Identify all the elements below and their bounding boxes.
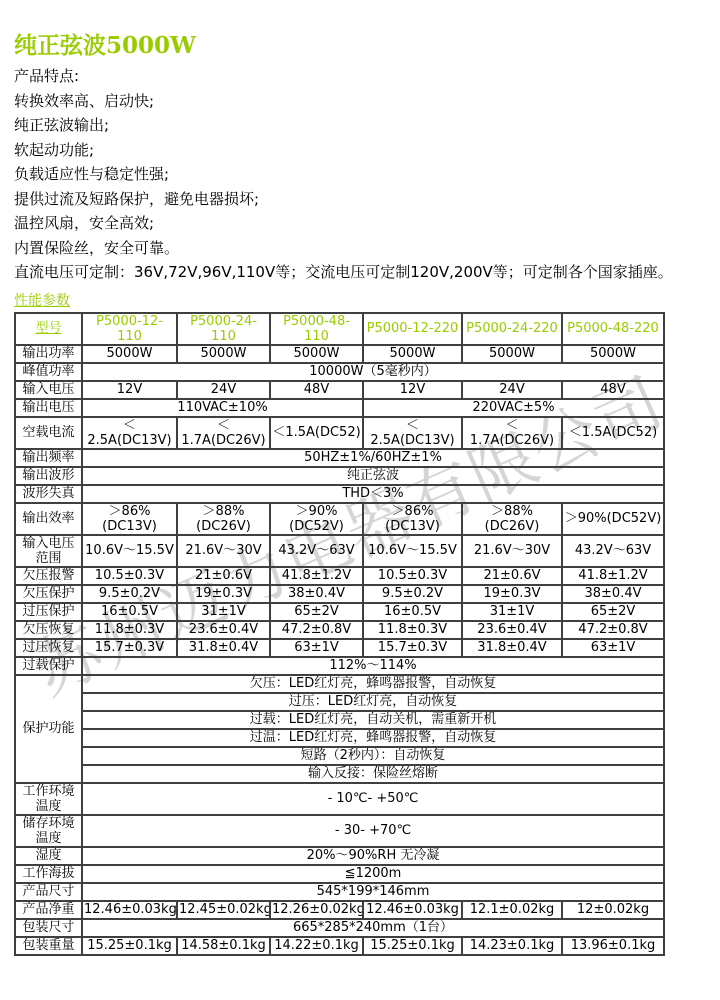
- section-heading: 性能参数: [14, 290, 70, 310]
- spec-cell: 15.7±0.3V: [82, 639, 177, 657]
- spec-cell: 5000W: [363, 345, 462, 363]
- spec-cell: 41.8±1.2V: [562, 567, 664, 585]
- table-row: 输出波形纯正弦波: [15, 467, 664, 485]
- table-row: 过载：LED红灯亮，自动关机，需重新开机: [15, 711, 664, 729]
- model-cell: P5000-48-220: [562, 313, 664, 345]
- table-row: 欠压保护9.5±0.2V19±0.3V38±0.4V9.5±0.2V19±0.3…: [15, 585, 664, 603]
- spec-cell: 12.46±0.03kg: [82, 901, 177, 919]
- spec-cell: 43.2V～63V: [562, 535, 664, 567]
- spec-cell: ＜1.7A(DC26V): [462, 417, 562, 449]
- table-row: 工作海拔≦1200m: [15, 865, 664, 883]
- spec-cell: 110VAC±10%: [82, 399, 363, 417]
- spec-cell: 63±1V: [562, 639, 664, 657]
- spec-cell: ＞86%(DC13V): [363, 503, 462, 535]
- table-row: 输入反接：保险丝熔断: [15, 765, 664, 783]
- table-row: 短路（2秒内）：自动恢复: [15, 747, 664, 765]
- feature-line: 产品特点:: [14, 64, 720, 89]
- spec-cell: ＜1.5A(DC52): [270, 417, 363, 449]
- row-label: 欠压报警: [15, 567, 82, 585]
- spec-cell: 31±1V: [177, 603, 270, 621]
- spec-cell: 10.5±0.3V: [363, 567, 462, 585]
- row-label: 欠压恢复: [15, 621, 82, 639]
- spec-cell: 10.5±0.3V: [82, 567, 177, 585]
- row-label: 输入电压: [15, 381, 82, 399]
- row-label: 储存环境 温度: [15, 815, 82, 847]
- spec-cell: 23.6±0.4V: [462, 621, 562, 639]
- row-label: 过载保护: [15, 657, 82, 675]
- table-row: 空载电流＜2.5A(DC13V)＜1.7A(DC26V)＜1.5A(DC52)＜…: [15, 417, 664, 449]
- spec-cell: 5000W: [177, 345, 270, 363]
- row-label: 湿度: [15, 847, 82, 865]
- spec-cell: ＞90%(DC52V): [562, 503, 664, 535]
- model-cell: P5000-12-220: [363, 313, 462, 345]
- model-cell: P5000-48-110: [270, 313, 363, 345]
- spec-cell: 31±1V: [462, 603, 562, 621]
- row-label: 输出频率: [15, 449, 82, 467]
- spec-cell: 19±0.3V: [462, 585, 562, 603]
- spec-cell: 665*285*240mm（1台）: [82, 919, 664, 937]
- row-label: 输入电压 范围: [15, 535, 82, 567]
- feature-line: 软起动功能;: [14, 138, 720, 163]
- product-sheet: 纯正弦波5000W 产品特点:转换效率高、启动快;纯正弦波输出;软起动功能;负载…: [0, 0, 720, 956]
- table-row: 过载保护112%～114%: [15, 657, 664, 675]
- model-cell: P5000-24-110: [177, 313, 270, 345]
- table-row: 储存环境 温度- 30- +70℃: [15, 815, 664, 847]
- spec-cell: 38±0.4V: [562, 585, 664, 603]
- spec-cell: ＞90%(DC52V): [270, 503, 363, 535]
- spec-cell: 欠压：LED红灯亮，蜂鸣器报警，自动恢复: [82, 675, 664, 693]
- spec-cell: 16±0.5V: [82, 603, 177, 621]
- table-row: 过压恢复15.7±0.3V31.8±0.4V63±1V15.7±0.3V31.8…: [15, 639, 664, 657]
- spec-cell: ＞86%(DC13V): [82, 503, 177, 535]
- spec-cell: - 30- +70℃: [82, 815, 664, 847]
- table-row: 波形失真THD＜3%: [15, 485, 664, 503]
- spec-cell: 12.26±0.02kg: [270, 901, 363, 919]
- spec-cell: 41.8±1.2V: [270, 567, 363, 585]
- row-label: 波形失真: [15, 485, 82, 503]
- row-label: 空载电流: [15, 417, 82, 449]
- spec-cell: 过压：LED红灯亮，自动恢复: [82, 693, 664, 711]
- feature-line: 直流电压可定制：36V,72V,96V,110V等；交流电压可定制120V,20…: [14, 260, 720, 285]
- spec-cell: 13.96±0.1kg: [562, 937, 664, 955]
- spec-cell: 20%～90%RH 无冷凝: [82, 847, 664, 865]
- spec-cell: 31.8±0.4V: [177, 639, 270, 657]
- table-row: 输入电压12V24V48V12V24V48V: [15, 381, 664, 399]
- row-label: 过压恢复: [15, 639, 82, 657]
- row-label: 工作环境 温度: [15, 783, 82, 815]
- page-title: 纯正弦波5000W: [14, 33, 720, 59]
- spec-cell: 545*199*146mm: [82, 883, 664, 901]
- spec-cell: 11.8±0.3V: [82, 621, 177, 639]
- spec-cell: 220VAC±5%: [363, 399, 664, 417]
- model-label-cell: 型号: [15, 313, 82, 345]
- spec-cell: 14.23±0.1kg: [462, 937, 562, 955]
- spec-cell: 12.46±0.03kg: [363, 901, 462, 919]
- table-row: 产品尺寸545*199*146mm: [15, 883, 664, 901]
- row-label: 输出电压: [15, 399, 82, 417]
- feature-line: 内置保险丝，安全可靠。: [14, 236, 720, 261]
- spec-cell: 11.8±0.3V: [363, 621, 462, 639]
- spec-cell: 5000W: [562, 345, 664, 363]
- spec-cell: 50HZ±1%/60HZ±1%: [82, 449, 664, 467]
- spec-cell: 过温：LED红灯亮，蜂鸣器报警，自动恢复: [82, 729, 664, 747]
- row-label: 产品净重: [15, 901, 82, 919]
- table-row: 输出频率50HZ±1%/60HZ±1%: [15, 449, 664, 467]
- spec-cell: 12V: [363, 381, 462, 399]
- model-cell: P5000-24-220: [462, 313, 562, 345]
- row-label: 产品尺寸: [15, 883, 82, 901]
- spec-cell: 24V: [177, 381, 270, 399]
- spec-cell: ＜2.5A(DC13V): [82, 417, 177, 449]
- spec-cell: 43.2V～63V: [270, 535, 363, 567]
- feature-line: 负载适应性与稳定性强;: [14, 162, 720, 187]
- spec-cell: 21±0.6V: [462, 567, 562, 585]
- spec-cell: ≦1200m: [82, 865, 664, 883]
- table-row: 包装重量15.25±0.1kg14.58±0.1kg14.22±0.1kg15.…: [15, 937, 664, 955]
- spec-cell: ＞88%(DC26V): [462, 503, 562, 535]
- spec-cell: ＜2.5A(DC13V): [363, 417, 462, 449]
- spec-cell: ＞88%(DC26V): [177, 503, 270, 535]
- table-row: 过温：LED红灯亮，蜂鸣器报警，自动恢复: [15, 729, 664, 747]
- row-label: 输出波形: [15, 467, 82, 485]
- spec-cell: ＜1.7A(DC26V): [177, 417, 270, 449]
- spec-cell: 47.2±0.8V: [562, 621, 664, 639]
- spec-cell: 12.1±0.02kg: [462, 901, 562, 919]
- table-row: 湿度20%～90%RH 无冷凝: [15, 847, 664, 865]
- spec-cell: 12V: [82, 381, 177, 399]
- table-row: 输出效率＞86%(DC13V)＞88%(DC26V)＞90%(DC52V)＞86…: [15, 503, 664, 535]
- spec-cell: 15.7±0.3V: [363, 639, 462, 657]
- spec-cell: 14.58±0.1kg: [177, 937, 270, 955]
- row-label: 包装尺寸: [15, 919, 82, 937]
- row-label: 保护功能: [15, 675, 82, 783]
- spec-cell: 47.2±0.8V: [270, 621, 363, 639]
- spec-cell: 10.6V～15.5V: [82, 535, 177, 567]
- spec-cell: 48V: [562, 381, 664, 399]
- spec-cell: 9.5±0.2V: [82, 585, 177, 603]
- table-row: 保护功能欠压：LED红灯亮，蜂鸣器报警，自动恢复: [15, 675, 664, 693]
- table-row: 输出电压110VAC±10%220VAC±5%: [15, 399, 664, 417]
- spec-table: 型号P5000-12-110P5000-24-110P5000-48-110P5…: [14, 312, 665, 956]
- spec-cell: THD＜3%: [82, 485, 664, 503]
- spec-cell: 5000W: [270, 345, 363, 363]
- spec-cell: 63±1V: [270, 639, 363, 657]
- spec-cell: 9.5±0.2V: [363, 585, 462, 603]
- row-label: 输出效率: [15, 503, 82, 535]
- spec-cell: 15.25±0.1kg: [82, 937, 177, 955]
- spec-cell: ＜1.5A(DC52): [562, 417, 664, 449]
- feature-line: 温控风扇，安全高效;: [14, 211, 720, 236]
- spec-cell: 38±0.4V: [270, 585, 363, 603]
- table-row: 峰值功率10000W（5毫秒内）: [15, 363, 664, 381]
- spec-cell: 5000W: [82, 345, 177, 363]
- table-row: 欠压报警10.5±0.3V21±0.6V41.8±1.2V10.5±0.3V21…: [15, 567, 664, 585]
- row-label: 工作海拔: [15, 865, 82, 883]
- spec-cell: 14.22±0.1kg: [270, 937, 363, 955]
- spec-cell: 19±0.3V: [177, 585, 270, 603]
- spec-cell: 纯正弦波: [82, 467, 664, 485]
- feature-line: 纯正弦波输出;: [14, 113, 720, 138]
- spec-cell: 12.45±0.02kg: [177, 901, 270, 919]
- model-header-row: 型号P5000-12-110P5000-24-110P5000-48-110P5…: [15, 313, 664, 345]
- table-row: 输出功率5000W5000W5000W5000W5000W5000W: [15, 345, 664, 363]
- spec-cell: 12±0.02kg: [562, 901, 664, 919]
- row-label: 峰值功率: [15, 363, 82, 381]
- feature-line: 转换效率高、启动快;: [14, 89, 720, 114]
- spec-cell: 65±2V: [270, 603, 363, 621]
- feature-list: 产品特点:转换效率高、启动快;纯正弦波输出;软起动功能;负载适应性与稳定性强;提…: [14, 64, 720, 285]
- table-row: 欠压恢复11.8±0.3V23.6±0.4V47.2±0.8V11.8±0.3V…: [15, 621, 664, 639]
- spec-cell: 10.6V～15.5V: [363, 535, 462, 567]
- row-label: 包装重量: [15, 937, 82, 955]
- spec-cell: 输入反接：保险丝熔断: [82, 765, 664, 783]
- spec-cell: 短路（2秒内）：自动恢复: [82, 747, 664, 765]
- table-row: 包装尺寸665*285*240mm（1台）: [15, 919, 664, 937]
- table-row: 输入电压 范围10.6V～15.5V21.6V～30V43.2V～63V10.6…: [15, 535, 664, 567]
- spec-cell: 10000W（5毫秒内）: [82, 363, 664, 381]
- spec-cell: 21.6V～30V: [177, 535, 270, 567]
- row-label: 欠压保护: [15, 585, 82, 603]
- spec-cell: 24V: [462, 381, 562, 399]
- model-cell: P5000-12-110: [82, 313, 177, 345]
- spec-cell: 5000W: [462, 345, 562, 363]
- spec-cell: 过载：LED红灯亮，自动关机，需重新开机: [82, 711, 664, 729]
- spec-cell: 48V: [270, 381, 363, 399]
- spec-cell: 31.8±0.4V: [462, 639, 562, 657]
- table-row: 工作环境 温度- 10℃- +50℃: [15, 783, 664, 815]
- spec-cell: 65±2V: [562, 603, 664, 621]
- table-row: 产品净重12.46±0.03kg12.45±0.02kg12.26±0.02kg…: [15, 901, 664, 919]
- row-label: 过压保护: [15, 603, 82, 621]
- spec-cell: 23.6±0.4V: [177, 621, 270, 639]
- row-label: 输出功率: [15, 345, 82, 363]
- spec-cell: 15.25±0.1kg: [363, 937, 462, 955]
- table-row: 过压：LED红灯亮，自动恢复: [15, 693, 664, 711]
- feature-line: 提供过流及短路保护，避免电器损坏;: [14, 187, 720, 212]
- spec-cell: 112%～114%: [82, 657, 664, 675]
- spec-cell: - 10℃- +50℃: [82, 783, 664, 815]
- table-row: 过压保护16±0.5V31±1V65±2V16±0.5V31±1V65±2V: [15, 603, 664, 621]
- spec-cell: 16±0.5V: [363, 603, 462, 621]
- spec-cell: 21±0.6V: [177, 567, 270, 585]
- spec-cell: 21.6V～30V: [462, 535, 562, 567]
